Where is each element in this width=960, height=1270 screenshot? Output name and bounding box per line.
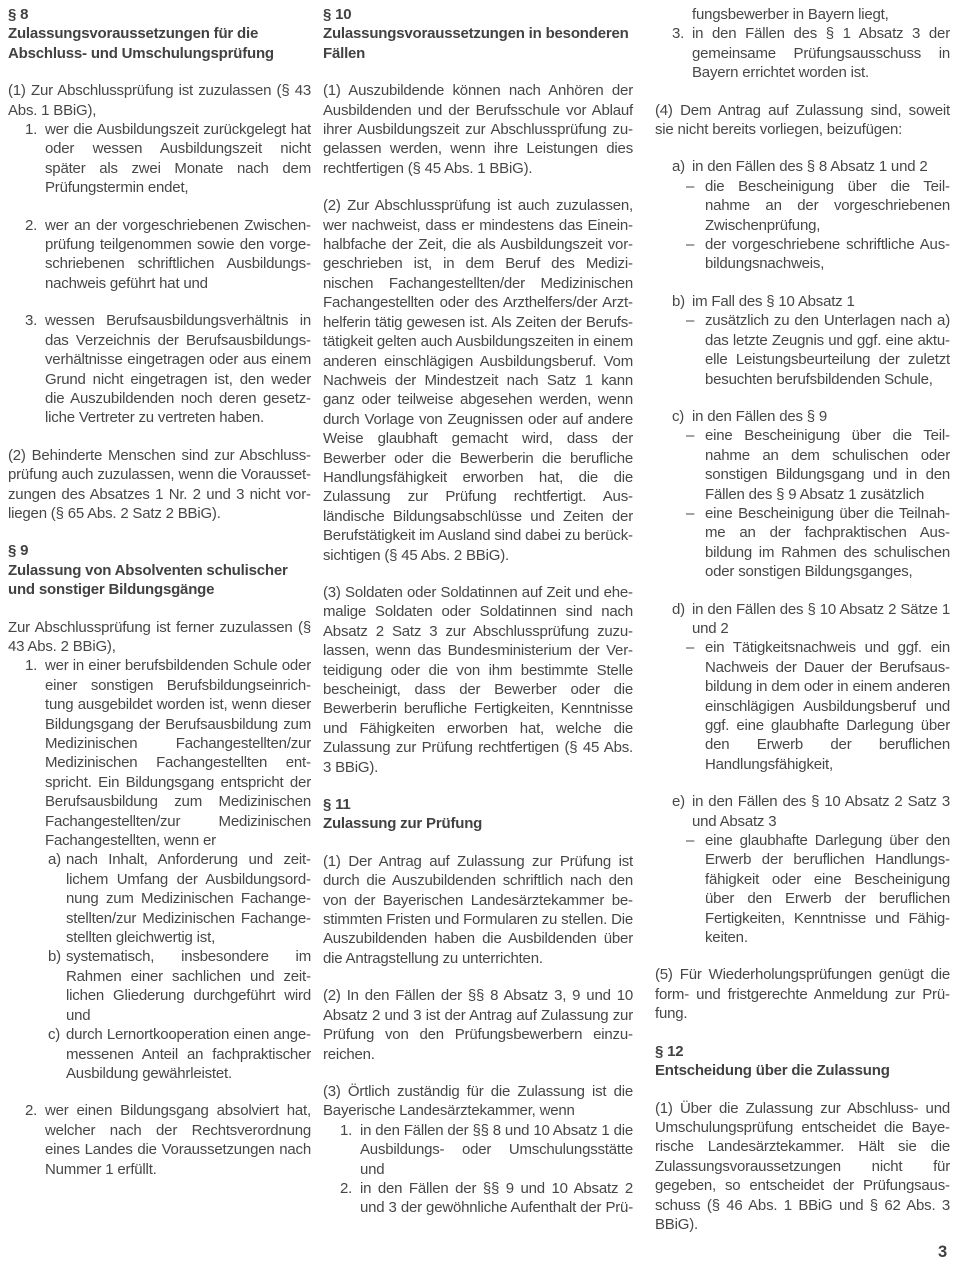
list-item: a)nach Inhalt, Anforderung und zeit­lich… (8, 850, 311, 947)
list-item-text: im Fall des § 10 Absatz 1 (692, 293, 855, 310)
paragraph: (3) Soldaten oder Solda­tinnen auf Zeit … (323, 583, 633, 777)
list-item-label: – (686, 831, 694, 850)
section-title: Zulassungsvoraussetzungen für die Abschl… (8, 24, 311, 63)
section-ref: § 8 (8, 5, 311, 24)
list-item: 1.wer die Aus­bildungs­zeit zurück­geleg… (8, 120, 311, 198)
paragraph: (2) Zur Abschluss­prüfung ist auch zu­zu… (323, 196, 633, 565)
list-item: –eine glaub­hafte Dar­legung über den Er… (655, 831, 950, 947)
list-item-text: in den Fällen des § 9 (692, 408, 827, 425)
list-item-label: b) (48, 947, 61, 966)
list-item-label: a) (48, 850, 61, 869)
paragraph: (1) Aus­zu­bildende können nach Anhören … (323, 81, 633, 178)
list-item: 3.in den Fällen des § 1 Absatz 3 der gem… (655, 24, 950, 82)
list-item-text: in den Fällen der §§ 8 und 10 Absatz 1 d… (360, 1122, 633, 1178)
list-item-text: in den Fällen des § 8 Absatz 1 und 2 (692, 158, 927, 175)
list-item: –zu­sätz­lich zu den Unter­lagen nach a)… (655, 311, 950, 389)
list-item-label: 2. (340, 1179, 352, 1198)
list-item-label: 1. (340, 1121, 352, 1140)
list-item-label: c) (48, 1025, 60, 1044)
list-item: 2.wer einen Bildungs­gang absol­viert ha… (8, 1101, 311, 1179)
list-item: 1.in den Fällen der §§ 8 und 10 Absatz 1… (323, 1121, 633, 1179)
paragraph: (2) Behinderte Menschen sind zur Abschlu… (8, 446, 311, 524)
list-item-text: ein Tätig­keits­nach­weis und ggf. ein N… (705, 639, 950, 772)
list-item-text: nach Inhalt, Anforderung und zeit­lichem… (66, 851, 311, 946)
list-item: e)in den Fällen des § 10 Absatz 2 Satz 3… (655, 792, 950, 831)
list-item: –eine Beschei­nigung über die Teil­nahme… (655, 426, 950, 504)
list-item: –die Beschei­nigung über die Teil­nahme … (655, 177, 950, 235)
list-item-text: eine Beschei­nigung über die Teil­nah­me… (705, 505, 950, 580)
list-item-text: zu­sätz­lich zu den Unter­lagen nach a) … (705, 312, 950, 387)
section-heading: § 10Zulassungsvoraussetzungen in besonde… (323, 5, 633, 63)
list-item-label: d) (672, 600, 685, 619)
list-item-label: – (686, 235, 694, 254)
list-item-label: 3. (672, 24, 684, 43)
list-item: 2.in den Fällen der §§ 9 und 10 Absatz 2… (323, 1179, 633, 1218)
list-item: 3.wessen Berufs­aus­bildungs­ver­hält­ni… (8, 311, 311, 427)
list-item-text: in den Fällen des § 1 Absatz 3 der gemei… (692, 25, 950, 81)
list-item-text: wer an der vor­ge­schrie­benen Zwischen­… (45, 217, 311, 292)
paragraph: (1) Über die Zulassung zur Abschluss- un… (655, 1099, 950, 1235)
list-item: b)im Fall des § 10 Absatz 1 (655, 292, 950, 311)
list-item-text: die Beschei­nigung über die Teil­nahme a… (705, 178, 950, 234)
section-ref: § 11 (323, 795, 633, 814)
list-item: b)syste­matisch, ins­be­son­dere im Rahm… (8, 947, 311, 1025)
paragraph: (1) Zur Abschlussprüfung ist zuzulassen … (8, 81, 311, 120)
list-item-text: eine glaub­hafte Dar­legung über den Er­… (705, 832, 950, 946)
list-item-text: in den Fällen des § 10 Absatz 2 Sätze 1 … (692, 601, 950, 637)
list-item: c)durch Lern­ort­ko­ope­ration einen an­… (8, 1025, 311, 1083)
list-item-text: eine Beschei­nigung über die Teil­nahme … (705, 427, 950, 502)
paragraph: (3) Örtlich zuständig für die Zulassung … (323, 1082, 633, 1121)
columns: § 8Zulassungsvoraussetzungen für die Abs… (0, 0, 960, 1234)
list-item-label: – (686, 638, 694, 657)
section-ref: § 10 (323, 5, 633, 24)
section-heading: § 8Zulassungsvoraussetzungen für die Abs… (8, 5, 311, 63)
list-item-label: c) (672, 407, 684, 426)
list-item-text: syste­matisch, ins­be­son­dere im Rahmen… (66, 948, 311, 1023)
list-item-label: 2. (25, 1101, 37, 1120)
section-heading: § 11Zulassung zur Prüfung (323, 795, 633, 834)
list-item-text: in den Fällen der §§ 9 und 10 Absatz 2 u… (360, 1180, 633, 1216)
list-item-label: e) (672, 792, 685, 811)
list-item-label: 3. (25, 311, 37, 330)
list-item-label: – (686, 311, 694, 330)
paragraph: (4) Dem Antrag auf Zulassung sind, sowei… (655, 101, 950, 140)
paragraph: Zur Abschlussprüfung ist ferner zuzulass… (8, 618, 311, 657)
list-item: a)in den Fällen des § 8 Absatz 1 und 2 (655, 157, 950, 176)
paragraph: (5) Für Wieder­holungs­prüfungen genügt … (655, 965, 950, 1023)
list-item-label: 1. (25, 656, 37, 675)
list-item: –eine Beschei­nigung über die Teil­nah­m… (655, 504, 950, 582)
paragraph: (1) Der Antrag auf Zulassung zur Prüfung… (323, 852, 633, 968)
list-item-label: 1. (25, 120, 37, 139)
list-item: 1.wer in einer berufs­bildenden Schule o… (8, 656, 311, 850)
text-column: fungs­bewerber in Bayern liegt,3.in den … (655, 5, 950, 1234)
text-column: § 10Zulassungsvoraussetzungen in besonde… (323, 5, 633, 1218)
list-item: –der vor­ge­schrie­bene schrift­liche Au… (655, 235, 950, 274)
section-title: Entscheidung über die Zulassung (655, 1061, 950, 1080)
list-item-label: – (686, 177, 694, 196)
section-title: Zulassung zur Prüfung (323, 814, 633, 833)
list-item-label: 2. (25, 216, 37, 235)
paragraph: (2) In den Fällen der §§ 8 Absatz 3, 9 u… (323, 986, 633, 1064)
section-title: Zulassungsvoraussetzungen in besonderen … (323, 24, 633, 63)
list-item: –ein Tätig­keits­nach­weis und ggf. ein … (655, 638, 950, 774)
section-heading: § 12Entscheidung über die Zulassung (655, 1042, 950, 1081)
list-item: fungs­bewerber in Bayern liegt, (655, 5, 950, 24)
list-item-label: a) (672, 157, 685, 176)
list-item: 2.wer an der vor­ge­schrie­benen Zwische… (8, 216, 311, 294)
list-item-text: in den Fällen des § 10 Absatz 2 Satz 3 u… (692, 793, 950, 829)
list-item: c)in den Fällen des § 9 (655, 407, 950, 426)
list-item-label: b) (672, 292, 685, 311)
list-item-text: wer einen Bildungs­gang absol­viert hat,… (45, 1102, 311, 1177)
list-item-text: wer in einer berufs­bildenden Schule ode… (45, 657, 311, 849)
list-item-text: durch Lern­ort­ko­ope­ration einen an­ge… (66, 1026, 311, 1082)
section-title: Zulassung von Absolventen schulischer un… (8, 561, 311, 600)
section-ref: § 12 (655, 1042, 950, 1061)
text-column: § 8Zulassungsvoraussetzungen für die Abs… (8, 5, 311, 1179)
list-item-text: der vor­ge­schrie­bene schrift­liche Aus… (705, 236, 950, 272)
list-item-text: wer die Aus­bildungs­zeit zurück­gelegt … (45, 121, 311, 196)
section-ref: § 9 (8, 541, 311, 560)
section-heading: § 9Zulassung von Absolventen schulischer… (8, 541, 311, 599)
page-number: 3 (938, 1243, 947, 1262)
list-item-label: – (686, 504, 694, 523)
document-page: § 8Zulassungsvoraussetzungen für die Abs… (0, 0, 960, 1270)
list-item-text: wessen Berufs­aus­bildungs­ver­hält­nis … (45, 312, 311, 426)
list-item-text: fungs­bewerber in Bayern liegt, (692, 6, 889, 23)
list-item: d)in den Fällen des § 10 Absatz 2 Sätze … (655, 600, 950, 639)
list-item-label: – (686, 426, 694, 445)
